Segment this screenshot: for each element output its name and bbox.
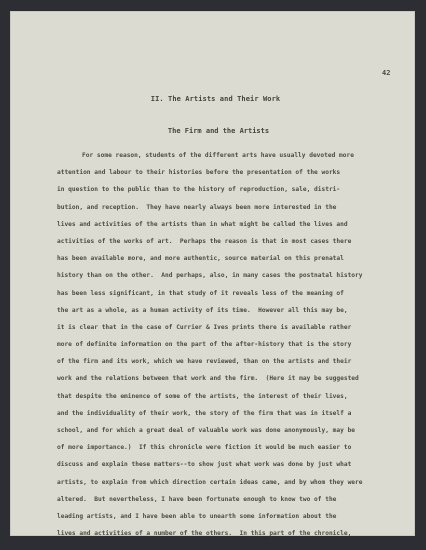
text-line: of the firm and its work, which we have … bbox=[57, 353, 397, 370]
text-line: attention and labour to their histories … bbox=[57, 164, 397, 181]
text-line: in question to the public than to the hi… bbox=[57, 181, 397, 198]
text-line: more of definite information on the part… bbox=[57, 336, 397, 353]
page-number: 42 bbox=[382, 69, 390, 77]
text-line: of more importance.) If this chronicle w… bbox=[57, 439, 397, 456]
body-paragraph: For some reason, students of the differe… bbox=[57, 147, 397, 542]
text-line: work and the relations between that work… bbox=[57, 370, 397, 387]
text-line: altered. But nevertheless, I have been f… bbox=[57, 491, 397, 508]
section-title: The Firm and the Artists bbox=[10, 127, 415, 135]
text-line: the art as a whole, as a human activity … bbox=[57, 302, 397, 319]
text-line: school, and for which a great deal of va… bbox=[57, 422, 397, 439]
chapter-title: II. The Artists and Their Work bbox=[10, 95, 415, 103]
text-line: and the individuality of their work, the… bbox=[57, 405, 397, 422]
text-line: bution, and reception. They have nearly … bbox=[57, 199, 397, 216]
text-line: leading artists, and I have been able to… bbox=[57, 508, 397, 525]
document-page: 42 II. The Artists and Their Work The Fi… bbox=[10, 11, 415, 536]
text-line: For some reason, students of the differe… bbox=[57, 147, 397, 164]
text-line: discuss and explain these matters--to sh… bbox=[57, 456, 397, 473]
text-line: artists, to explain from which direction… bbox=[57, 474, 397, 491]
text-line: it is clear that in the case of Currier … bbox=[57, 319, 397, 336]
text-line: lives and activities of a number of the … bbox=[57, 525, 397, 542]
text-line: that despite the eminence of some of the… bbox=[57, 388, 397, 405]
text-line: has been available more, and more authen… bbox=[57, 250, 397, 267]
text-line: has been less significant, in that study… bbox=[57, 285, 397, 302]
text-line: lives and activities of the artists than… bbox=[57, 216, 397, 233]
text-line: history than on the other. And perhaps, … bbox=[57, 267, 397, 284]
text-line: activities of the works of art. Perhaps … bbox=[57, 233, 397, 250]
